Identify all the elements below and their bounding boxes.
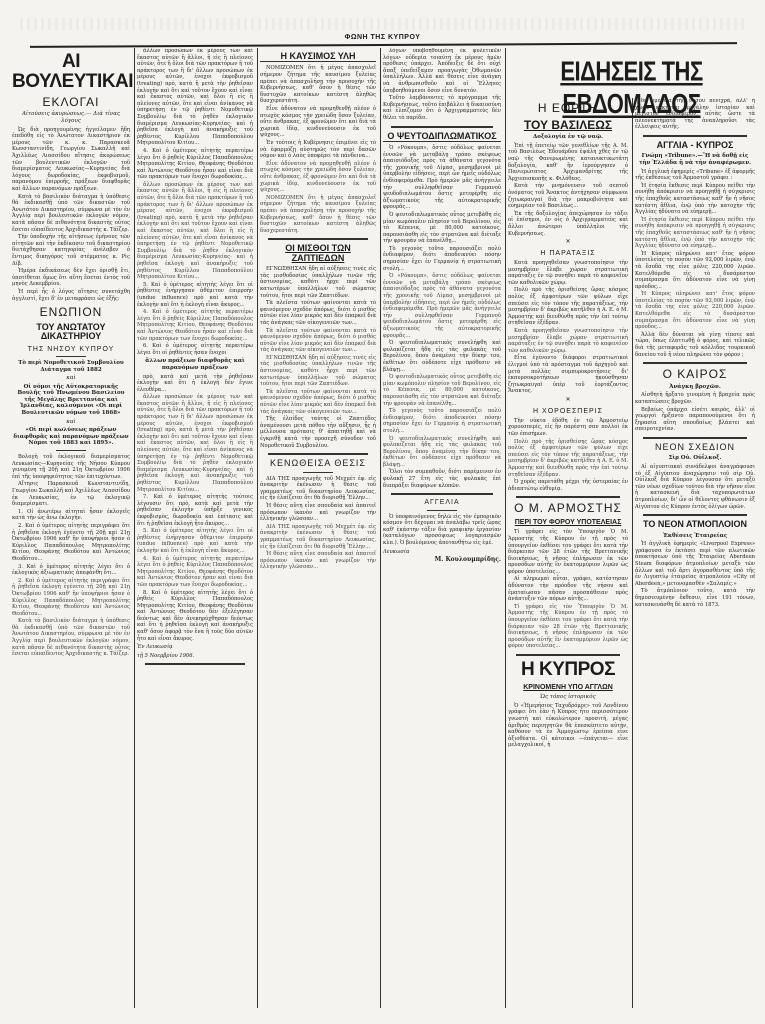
headline-high-commissioner: Ο Μ. ΑΡΜΟΣΤΗΣ [508,502,628,515]
paragraph: Ἀλλὰ δὲν δύναται νὰ γίνῃ τίποτε καὶ τώρα… [635,332,755,358]
paragraph: 5. Καὶ ὁ ὑμέτερος αἰτητὴς λέγει ὅτι οἱ ῥ… [137,282,253,308]
paragraph: Πολὺ πρὸ τῆς ὁρισθείσης ὥρας κόσμος πολὺ… [508,287,628,327]
column-5: Η ΕΟΡΤΗ ΤΟΥ ΒΑΣΙΛΕΩΣ Δοξολογία ἐν τῷ ναῷ… [508,98,633,1008]
divider [56,450,86,451]
headline-court-3: ΤΗΣ ΝΗΣΟΥ ΚΥΠΡΟΥ [12,346,130,353]
paragraph: Ἡ ἐτησία ἔκθεσις περὶ Κύπρου πείθει τὴν … [635,183,755,216]
paragraph: ΝΟΜΙΖΟΜΕΝ ὅτι ἡ μέγας ἀπασχολεῖ σήμερον … [260,65,376,105]
paragraph: Ἡ ἀγγλικὴ ἐφημερὶς «Tribune» ἐξ ἀφορμῆς … [635,169,755,182]
divider [427,510,457,511]
divider [303,472,333,473]
paragraph: Πολὺ πρὸ τῆς ὁρισθείσης ὥρας κόσμος πολὺ… [508,439,628,479]
paragraph: πρὸ, κατὰ καὶ μετὰ τὴν ῥηθεῖσαν ἐκλογὴν … [137,374,253,394]
paragraph: Ἡ ἀγγλικὴ ἐφημερὶς «Liverpool Express» γ… [635,541,755,587]
paragraph: 4. Καὶ ὁ ὑμέτερος αἰτητὴς περαιτέρω λέγε… [137,148,253,181]
end-rule [145,663,245,665]
paragraph: Ὁ ψευτοδιπλωματικὸς οὗτος μετεβάθη εἰς μ… [383,212,501,245]
divider [268,238,368,240]
paragraph: Κατὰ τὴν μνημόνευσιν τοῦ σεπτοῦ ὀνόματος… [508,183,628,209]
paragraph: ΝΟΜΙΖΟΜΕΝ ὅτι ἡ μέγας ἀπασχολεῖ σήμερον … [260,195,376,235]
law-title: «Οἱ περὶ κωλύσεως πράξεων διαφθορᾶς καὶ … [12,427,130,447]
headline-ball: Η ΧΟΡΟΕΣΠΕΡΙΣ [508,408,628,415]
paragraph: 2. Καὶ ὁ ὑμέτερος αἰτητὴς περιγράφει ὅτι… [12,523,130,563]
subheading: Σὶρ Οὐ. Οὐΐλκοξ. [635,455,755,462]
subheading: Αἰτούσεις ἀκυρώσεως.— Διὰ τίνας λόγους [12,111,130,124]
divider [391,126,493,128]
paragraph: 6. Καὶ ὁ ὑμέτερος αἰτητὴς περαιτέρω λέγε… [137,343,253,356]
paragraph: Ὅλοι τὸν συμπαθοῦν, διότι παρέμεινεν ἐν … [383,469,501,489]
section-separator-icon: ✕ [508,239,628,246]
bold-phrase: ἄλλων πράξεων διαφθορᾶς καὶ παρανόμων πρ… [137,358,253,371]
paragraph: 3. Καὶ ὁ ὑμέτερος αἰτητὴς λέγει ὅτι ὁ ἐκ… [12,564,130,577]
paragraph: ΔΙΑ ΤΗΣ προαγωγῆς τοῦ Μεχμὲτ ἐφ. εἰς ἀνα… [260,524,376,550]
paragraph: 8. Καὶ ὁ ὑμέτερος αἰτητὴς λέγει ὅτι ὁ ῥη… [137,590,253,643]
headline-elections-sub: ΕΚΛΟΓΑΙ [12,96,130,109]
conjunction: καὶ [12,419,130,426]
paragraph: Ἡ περὶ ἧς ὁ λόγος αἴτησις συνετάχθη ἀγγλ… [12,289,130,302]
paragraph: Ἡ θέσις αὕτη εἶνε σπουδαία καὶ ἀπαιτεῖ π… [260,503,376,523]
paragraph: Αἱ πληρωμαὶ αὗται, γράφει, κατέστησαν ἀδ… [508,576,628,602]
column-1: ΑΙ ΒΟΥΛΕΥΤΙΚΑΙ ΕΚΛΟΓΑΙ Αἰτούσεις ἀκυρώσε… [12,48,135,1008]
paragraph: 2. Καὶ ὁ ὑμέτερος αἰτητὴς περιγράφει ὅτι… [12,578,130,618]
paragraph: Τὸ ἀτμόπλοιον τοῦτο, κατὰ τὴν δημοσιευμέ… [635,588,755,608]
paragraph: Ἡμέρα ἐκδικάσεως δὲν ἔχει ὁρισθῇ ἔτι, ὑπ… [12,268,130,288]
paragraph: Βολογὴ τοῦ ἐκλογικοῦ διαμερίσματος Λευκω… [12,454,130,480]
subheading: Ὡς τόπος ἱστορικός [508,694,628,701]
law-title: Τὸ περὶ Νομοθετικοῦ Συμβουλίου Διάταγμα … [12,360,130,373]
paragraph: Τὸ γεγονὸς τοῦτο παρουσιάζει πολὺ ἐνδιαφ… [383,408,501,434]
paragraph: Κατὰ τὸ βασιλικὸν διάταγμα ἡ ὑπόθεσις θὰ… [12,618,130,658]
paragraph: 7. Καὶ ὁ ὑμέτερος αἰτητὴς τούτοις λέγουσ… [137,494,253,527]
paragraph: 5. Καὶ ὁ ὑμέτερος αἰτητὴς λέγει ὅτι οἱ ῥ… [137,528,253,554]
paragraph: Τὴν νύκτα ἐδόθη ἐν τῷ Ἁρμοστείῳ χοροεσπε… [508,418,628,438]
paragraph: Ἡ Κύπρος πληρώνει κατ' ἔτος φόρον ὑποτελ… [635,251,755,291]
banner-weekly-news: ΕΙΔΗΣΕΙΣ ΤΗΣ ΕΒΔΟΜΑΔΟΣ [508,56,755,121]
column-2: ἄλλων προσώπων ἐκ μέρους των καὶ ἕκαστος… [137,48,258,1008]
paragraph: Αἴτησις Παρασκευᾶ Κωνσταντινίδη, Γεωργίο… [12,481,130,507]
paragraph: Κατὰ τὸ βασιλικὸν διάταγμα ἡ ὑπόθεσις θὰ… [12,194,130,234]
divider [643,514,747,516]
paragraph: Ὁ ψευτοδιπλωματικὸς συνελήφθη καὶ φυλακί… [383,436,501,469]
paragraph: ΕΓΝΩΣΘΗΣΑΝ ἤδη αἱ αὐξήσεις τινὲς εἰς τὰς… [260,355,376,388]
paragraph: ΔΙΑ ΤΗΣ προαγωγῆς τοῦ Μεχμὲτ ἐφ. εἰς ἀνα… [260,476,376,502]
paragraph: Ὁ ψευτοδιπλωματικὸς οὗτος μετεβάθη εἰς μ… [383,374,501,407]
paragraph: Τὰ πλεῖστα τούτων φαίνονται κατὰ τὸ φαιν… [260,328,376,354]
paragraph: Ὁ χορὸς παρετάθη μέχρι τῆς ὑστεραίας ἐν … [508,479,628,492]
dateline-date: τῇ 5 Νοεμβρίου 1906. [137,653,253,660]
paragraph: 4. Καὶ ὁ ὑμέτερος αἰτητὴς περαιτέρω λέγε… [137,309,253,342]
paragraph: Αἱ αἰγυπτιακαὶ συνάδελφοι ἀναγράφουσι τὸ… [635,464,755,510]
headline-vacant-post: ΚΕΝΩΘΕΙΣΑ ΘΕΣΙΣ [260,459,376,468]
paragraph: Τί γράφει εἰς τὸν Ὑπουργὸν Ὁ Μ. Ἁρμοστὴς… [508,604,628,650]
headline-court-2: ΤΟΥ ΑΝΩΤΑΤΟΥ ΔΙΚΑΣΤΗΡΙΟΥ [12,323,130,342]
column-3: Η ΚΑΥΣΙΜΟΣ ΥΛΗ ΝΟΜΙΖΟΜΕΝ ὅτι ἡ μέγας ἀπα… [260,48,381,1008]
masthead: ΦΩΝΗ ΤΗΣ ΚΥΠΡΟΥ [20,8,745,48]
newspaper-title: ΦΩΝΗ ΤΗΣ ΚΥΠΡΟΥ [20,34,745,41]
paragraph: ἄλλων προσώπων ἐκ μέρους των καὶ ἕκαστος… [137,394,253,493]
paragraph: Ὁ «Ἡμερήσιος Ταχυδρόμος» τοῦ Λονδίνου γρ… [508,703,628,749]
newspaper-page: ΑΙ ΒΟΥΛΕΥΤΙΚΑΙ ΕΚΛΟΓΑΙ Αἰτούσεις ἀκυρώσε… [12,48,757,1008]
paragraph: Ὁ ψευτοδιπλωματικὸς συνελήφθη καὶ φυλακί… [383,340,501,373]
divider [56,356,86,357]
paragraph: Κατὰ προηγηθεῖσαν γνωστοποίησιν τὴν μεση… [508,328,628,354]
paragraph: 1. Οἱ ἀνωτέρω αἰτηταὶ ἦσαν ἐκλογεῖς κατὰ… [12,509,130,522]
paragraph: Ἐν τούτοις ἡ Κυβέρνησις ἐπιμένει εἰς τὸ … [260,140,376,160]
headline-tribute-tax: ΠΕΡΙ ΤΟΥ ΦΟΡΟΥ ΥΠΟΤΕΛΕΙΑΣ [508,519,628,526]
header-noise-band [20,18,745,30]
paragraph: Εἶνε ἀδύνατον νὰ προμηθευθῇ πλέον ὁ πτωχ… [260,161,376,194]
column-4: λόγων ὑποβοηθουμένη ἐκ φυλετικῶν λόγων· … [383,48,506,1008]
paragraph: Κατὰ προηγηθεῖσαν γνωστοποίησιν τὴν μεση… [508,260,628,286]
divider [643,362,747,364]
headline-judged-by-english: ΚΡΙΝΟΜΕΝΗ ΥΠΟ ΑΓΓΛΩΝ [508,684,628,691]
headline-cyprus: Η ΚΥΠΡΟΣ [508,660,628,680]
divider [516,496,620,498]
headline-notice: ΑΓΓΕΛΙΑ [383,499,501,506]
paragraph: Ἐκ τῆς δοξολογίας ἀπεχώρησαν ἐν τάξει οἱ… [508,211,628,237]
subheading: Γνώμη «Tribune».—Ἢ νὰ δοθῇ εἰς τὴν Ἑλλάδ… [635,153,755,166]
paragraph: Τοῦτο λαμβάνοντες τὸ πρόγραμμα τῆς Κυβερ… [383,95,501,121]
section-separator-icon: ✕ [508,397,628,404]
paragraph: Ἐπὶ τῇ ἐπετείῳ τῶν γενεθλίων τῆς Α. Μ. τ… [508,143,628,183]
headline-new-steamship: ΤΟ ΝΕΟΝ ΑΤΜΟΠΛΟΙΟΝ [635,520,755,529]
subheading: Δοξολογία ἐν τῷ ναῷ. [508,134,628,141]
headline-fake-diplomat: Ο ΨΕΥΤΟΔΙΠΛΩΜΑΤΙΚΟΣ [383,132,501,142]
masthead-rule [30,42,737,48]
paragraph: Εἶτα ἐγένοντο διάφοροι στρατιωτικοὶ ἐλιγ… [508,355,628,395]
headline-parade: Η ΠΑΡΑΤΑΞΙΣ [508,250,628,257]
subheading: Ἀνάγκη βροχῶν. [635,384,755,391]
headline-weather: Ο ΚΑΙΡΟΣ [635,368,755,381]
notice-text: Ὁ ὑποφαινόμενος δηλῶ εἰς τὸν ἐμπορικὸν κ… [383,514,501,547]
paragraph: Τὸ γεγονὸς τοῦτο παρουσιάζει πολὺ ἐνδιαφ… [383,246,501,272]
paragraph: Ὡς διὰ προηγουμένης ἠγγείλαμεν ἤδη ἐπεδό… [12,127,130,193]
paragraph: λόγων ὑποβοηθουμένη ἐκ φυλετικῶν λόγων· … [383,48,501,94]
subheading: Ἐκθέσεις Ἑταιρείας [635,533,755,540]
paragraph: Τῆς ἐλπίδος ταύτης οἱ Ζαπτιέδες ἀναμένου… [260,416,376,449]
paragraph: Αἰσθητὴ ἤρξατο γινομένη ἡ βραχεία πρὸς κ… [635,392,755,405]
divider [268,453,368,455]
conjunction: καὶ [12,375,130,382]
paragraph: Τὴν ὑποδοχὴν τῆς αἰτήσεως ἐμήνους τῶν αἰ… [12,234,130,267]
law-title: Οἱ νόμοι τῆς Αὐτοκρατορικῆς Βουλῆς τοῦ Ἡ… [12,384,130,417]
divider [516,654,620,656]
divider [391,493,493,495]
notice-signature: Μ. Κουλουμπρίδης. [383,557,501,564]
paragraph: ἄλλων προσώπων ἐκ μέρους των καὶ ἕκαστος… [137,182,253,281]
paragraph: ἄλλων προσώπων ἐκ μέρους των καὶ ἕκαστος… [137,48,253,147]
paragraph: ΕΓΝΩΣΘΗΣΑΝ ἤδη αἱ αὐξήσεις τινὲς εἰς τὰς… [260,266,376,299]
notice-place: Λευκωσία [383,549,501,556]
divider [643,135,747,137]
dateline-place: Ἐν Λευκωσίᾳ [137,644,253,651]
headline-new-plan: ΝΕΟΝ ΣΧΕΔΙΟΝ [635,443,755,452]
headline-court-1: ΕΝΩΠΙΟΝ [12,306,130,319]
paragraph: Εἶνε ἀδύνατον νὰ προμηθευθῇ πλέον ὁ πτωχ… [260,106,376,139]
paragraph: Τὰ πλεῖστα τούτων φαίνονται κατὰ τὸ φαιν… [260,389,376,415]
headline-zaptieh-salaries: ΟΙ ΜΙΣΘΟΙ ΤΩΝ ΖΑΠΤΙΕΔΩΝ [260,244,376,263]
paragraph: Ὁ «Ρόκουμπ», ὅστις οὐδόλως φαίνεται ἐννο… [383,273,501,339]
paragraph: Τί γράφει εἰς τὸν Ὑπουργὸν Ὁ Μ. Ἁρμοστὴς… [508,529,628,575]
paragraph: Ὁ «Ρόκουμπ», ὅστις οὐδόλως φαίνεται ἐννο… [383,145,501,211]
paragraph: Ἡ Κύπρος πληρώνει κατ' ἔτος φόρον ὑποτελ… [635,291,755,331]
paragraph: Τὰ πλεῖστα τούτων φαίνονται κατὰ τὸ φαιν… [260,300,376,326]
divider [643,437,747,439]
headline-fuel: Η ΚΑΥΣΙΜΟΣ ΥΛΗ [260,52,376,62]
paragraph: 4. Καὶ ὁ ὑμέτερος αἰτητὴς περαιτέρω λέγε… [137,556,253,589]
paragraph: Ἡ ἐτησία ἔκθεσις περὶ Κύπρου πείθει τὴν … [635,217,755,250]
paragraph: Βεβαίως ὑπάρχει εἰσέτι καιρὸς, ἀλλ' οἱ γ… [635,407,755,433]
paragraph: Ἡ θέσις αὕτη εἶνε σπουδαία καὶ ἀπαιτεῖ π… [260,551,376,571]
column-6: δὲ ὑμέρεια τῆς νήσου πενιχρά, ἀλλ' ἡ χώρ… [635,98,755,1008]
headline-england-cyprus: ΑΓΓΛΙΑ - ΚΥΠΡΟΣ [635,141,755,150]
headline-elections: ΑΙ ΒΟΥΛΕΥΤΙΚΑΙ [12,52,130,92]
